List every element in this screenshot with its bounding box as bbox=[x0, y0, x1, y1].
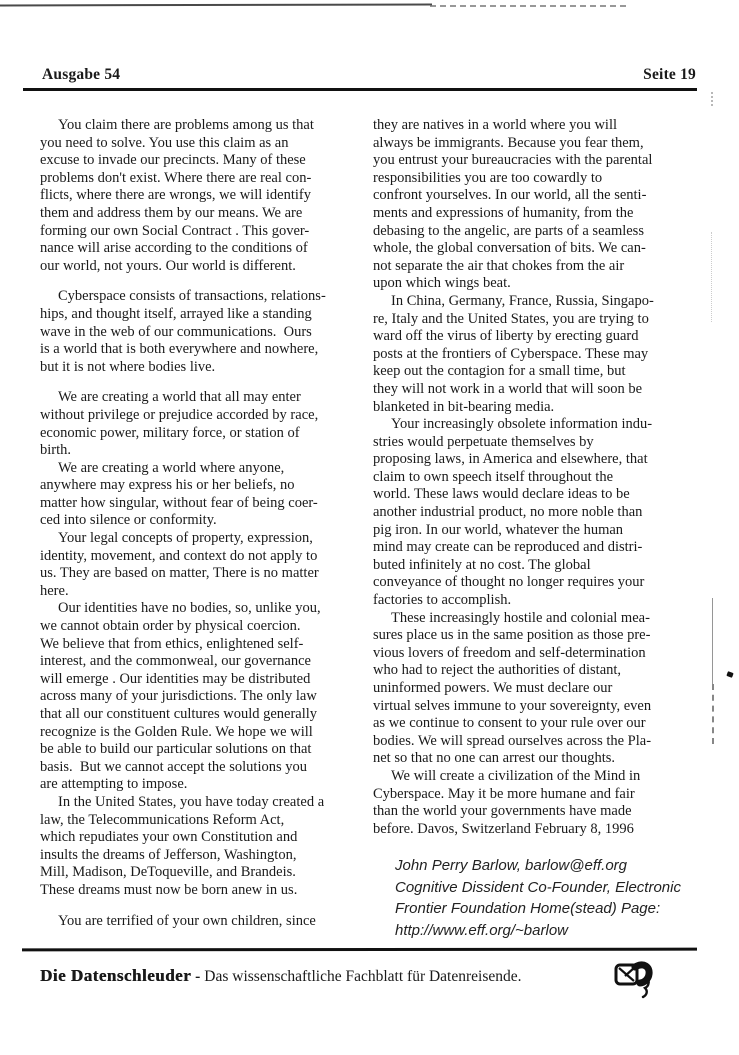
text-line: bodies. We will spread ourselves across … bbox=[373, 733, 700, 751]
text-line: not separate the air that chokes from th… bbox=[373, 258, 700, 276]
text-line: as we continue to consent to your rule o… bbox=[373, 715, 700, 733]
text-line: ments and expressions of humanity, from … bbox=[373, 205, 700, 223]
text-line: our world, not yours. Our world is diffe… bbox=[40, 258, 367, 276]
text-line: whole, the global conversation of bits. … bbox=[373, 240, 700, 258]
text-line: are attempting to impose. bbox=[40, 776, 367, 794]
text-line: identity, movement, and context do not a… bbox=[40, 548, 367, 566]
text-line: another industrial product, no more nobl… bbox=[373, 504, 700, 522]
text-line: law, the Telecommunications Reform Act, bbox=[40, 812, 367, 830]
paragraph: In the United States, you have today cre… bbox=[40, 794, 367, 900]
text-line: net so that no one can arrest our though… bbox=[373, 750, 700, 768]
text-line: re, Italy and the United States, you are… bbox=[373, 311, 700, 329]
scan-artifact-right-dots bbox=[711, 232, 714, 322]
text-line: We believe that from ethics, enlightened… bbox=[40, 636, 367, 654]
text-line: across many of your jurisdictions. The o… bbox=[40, 688, 367, 706]
datenschleuder-logo-icon bbox=[613, 958, 665, 1008]
text-line: flicts, where there are wrongs, we will … bbox=[40, 187, 367, 205]
text-line: is a world that is both everywhere and n… bbox=[40, 341, 367, 359]
left-column: You claim there are problems among us th… bbox=[40, 117, 367, 941]
text-line: matter how singular, without fear of bei… bbox=[40, 495, 367, 513]
text-line: without privilege or prejudice accorded … bbox=[40, 407, 367, 425]
text-line: problems don't exist. Where there are re… bbox=[40, 170, 367, 188]
scan-artifact-top-edge bbox=[0, 4, 432, 7]
text-line: you entrust your bureaucracies with the … bbox=[373, 152, 700, 170]
text-line: Frontier Foundation Home(stead) Page: bbox=[395, 898, 700, 920]
footer-tagline: Das wissenschaftliche Fachblatt für Date… bbox=[204, 968, 521, 985]
text-line: virtual selves immune to your sovereignt… bbox=[373, 698, 700, 716]
paragraph: Your legal concepts of property, express… bbox=[40, 530, 367, 600]
scan-artifact-top-edge-dashed bbox=[430, 5, 626, 7]
text-line: who had to reject the authorities of dis… bbox=[373, 662, 700, 680]
text-line: vious lovers of freedom and self-determi… bbox=[373, 645, 700, 663]
text-line: stries would perpetuate themselves by bbox=[373, 434, 700, 452]
text-line: excuse to invade our precincts. Many of … bbox=[40, 152, 367, 170]
text-line: pig iron. In our world, whatever the hum… bbox=[373, 522, 700, 540]
text-line: hips, and thought itself, arrayed like a… bbox=[40, 306, 367, 324]
paragraph: they are natives in a world where you wi… bbox=[373, 117, 700, 293]
paragraph: You are terrified of your own children, … bbox=[40, 913, 367, 931]
text-line: We are creating a world where anyone, bbox=[40, 460, 367, 478]
text-line: Our identities have no bodies, so, unlik… bbox=[40, 600, 367, 618]
paragraph: Cyberspace consists of transactions, rel… bbox=[40, 288, 367, 376]
text-line: they will not work in a world that will … bbox=[373, 381, 700, 399]
text-line: John Perry Barlow, barlow@eff.org bbox=[395, 855, 700, 877]
text-line: proposing laws, in America and elsewhere… bbox=[373, 451, 700, 469]
text-line: Mill, Madison, DeToqueville, and Brandei… bbox=[40, 864, 367, 882]
text-line: You claim there are problems among us th… bbox=[40, 117, 367, 135]
paragraph: Our identities have no bodies, so, unlik… bbox=[40, 600, 367, 794]
paragraph: We will create a civilization of the Min… bbox=[373, 768, 700, 838]
text-line: These dreams must now be born anew in us… bbox=[40, 882, 367, 900]
text-line: we cannot obtain order by physical coerc… bbox=[40, 618, 367, 636]
paragraph: In China, Germany, France, Russia, Singa… bbox=[373, 293, 700, 416]
page-header: Ausgabe 54 Seite 19 bbox=[42, 66, 696, 84]
article-body: You claim there are problems among us th… bbox=[40, 117, 700, 941]
text-line: conveyance of thought no longer requires… bbox=[373, 574, 700, 592]
text-line: confront yourselves. In our world, all t… bbox=[373, 187, 700, 205]
paragraph: We are creating a world where anyone,any… bbox=[40, 460, 367, 530]
text-line: recognize is the Golden Rule. We hope we… bbox=[40, 724, 367, 742]
text-line: In the United States, you have today cre… bbox=[40, 794, 367, 812]
text-line: us. They are based on matter, There is n… bbox=[40, 565, 367, 583]
text-line: http://www.eff.org/~barlow bbox=[395, 920, 700, 942]
text-line: ward off the virus of liberty by erectin… bbox=[373, 328, 700, 346]
text-line: debasing to the angelic, are parts of a … bbox=[373, 223, 700, 241]
text-line: Cognitive Dissident Co-Founder, Electron… bbox=[395, 877, 700, 899]
text-line: which repudiates your own Constitution a… bbox=[40, 829, 367, 847]
text-line: basis. But we cannot accept the solution… bbox=[40, 759, 367, 777]
page-word: Seite bbox=[643, 66, 676, 83]
text-line: insults the dreams of Jefferson, Washing… bbox=[40, 847, 367, 865]
text-line: birth. bbox=[40, 442, 367, 460]
text-line: anywhere may express his or her beliefs,… bbox=[40, 477, 367, 495]
text-line: than the world your governments have mad… bbox=[373, 803, 700, 821]
issue-label: Ausgabe 54 bbox=[42, 66, 120, 84]
text-line: sures place us in the same position as t… bbox=[373, 627, 700, 645]
magazine-page: Ausgabe 54 Seite 19 You claim there are … bbox=[0, 0, 739, 1055]
text-line: ced into silence or conformity. bbox=[40, 512, 367, 530]
text-line: will emerge . Our identities may be dist… bbox=[40, 671, 367, 689]
text-line: In China, Germany, France, Russia, Singa… bbox=[373, 293, 700, 311]
text-line: economic power, military force, or stati… bbox=[40, 425, 367, 443]
paragraph: These increasingly hostile and colonial … bbox=[373, 610, 700, 768]
text-line: You are terrified of your own children, … bbox=[40, 913, 367, 931]
text-line: claim to own speech itself throughout th… bbox=[373, 469, 700, 487]
page-footer: Die Datenschleuder-Das wissenschaftliche… bbox=[40, 966, 600, 986]
scan-artifact-right-line bbox=[712, 598, 713, 684]
footer-separator: - bbox=[191, 968, 204, 985]
text-line: here. bbox=[40, 583, 367, 601]
text-line: We are creating a world that all may ent… bbox=[40, 389, 367, 407]
text-line: responsibilities you are too cowardly to bbox=[373, 170, 700, 188]
text-line: keep out the contagion for a small time,… bbox=[373, 363, 700, 381]
text-line: Cyberspace consists of transactions, rel… bbox=[40, 288, 367, 306]
magazine-name: Die Datenschleuder bbox=[40, 966, 191, 985]
text-line: uninformed powers. We must declare our bbox=[373, 680, 700, 698]
paragraph: We are creating a world that all may ent… bbox=[40, 389, 367, 459]
page-number-label: Seite 19 bbox=[643, 66, 696, 84]
paragraph: You claim there are problems among us th… bbox=[40, 117, 367, 275]
text-line: be able to build our particular solution… bbox=[40, 741, 367, 759]
text-line: Your increasingly obsolete information i… bbox=[373, 416, 700, 434]
header-rule bbox=[23, 88, 697, 91]
page-number: 19 bbox=[680, 66, 696, 83]
text-line: always be immigrants. Because you fear t… bbox=[373, 135, 700, 153]
text-line: nance will arise according to the condit… bbox=[40, 240, 367, 258]
text-line: buted infinitely at no cost. The global bbox=[373, 557, 700, 575]
text-line: before. Davos, Switzerland February 8, 1… bbox=[373, 821, 700, 839]
footer-rule bbox=[22, 948, 697, 952]
text-line: These increasingly hostile and colonial … bbox=[373, 610, 700, 628]
text-line: forming our own Social Contract . This g… bbox=[40, 223, 367, 241]
signature-block: John Perry Barlow, barlow@eff.orgCogniti… bbox=[373, 855, 700, 941]
paragraph: Your increasingly obsolete information i… bbox=[373, 416, 700, 610]
right-column: they are natives in a world where you wi… bbox=[373, 117, 700, 941]
text-line: that all our constituent cultures would … bbox=[40, 706, 367, 724]
text-line: but it is not where bodies live. bbox=[40, 359, 367, 377]
text-line: factories to accomplish. bbox=[373, 592, 700, 610]
text-line: Your legal concepts of property, express… bbox=[40, 530, 367, 548]
text-line: they are natives in a world where you wi… bbox=[373, 117, 700, 135]
text-line: world. These laws would declare ideas to… bbox=[373, 486, 700, 504]
text-line: posts at the frontiers of Cyberspace. Th… bbox=[373, 346, 700, 364]
text-line: upon which wings beat. bbox=[373, 275, 700, 293]
text-line: wave in the web of our communications. O… bbox=[40, 324, 367, 342]
text-line: Cyberspace. May it be more humane and fa… bbox=[373, 786, 700, 804]
text-line: you need to solve. You use this claim as… bbox=[40, 135, 367, 153]
scan-artifact-speck bbox=[726, 671, 733, 678]
scan-artifact-right-dashes bbox=[712, 684, 716, 744]
text-line: interest, and the commonweal, our govern… bbox=[40, 653, 367, 671]
text-line: blanketed in bit-bearing media. bbox=[373, 399, 700, 417]
text-line: them and address them by our means. We a… bbox=[40, 205, 367, 223]
scan-artifact-right-dots bbox=[711, 92, 715, 106]
text-line: mind may create can be reproduced and di… bbox=[373, 539, 700, 557]
text-line: We will create a civilization of the Min… bbox=[373, 768, 700, 786]
